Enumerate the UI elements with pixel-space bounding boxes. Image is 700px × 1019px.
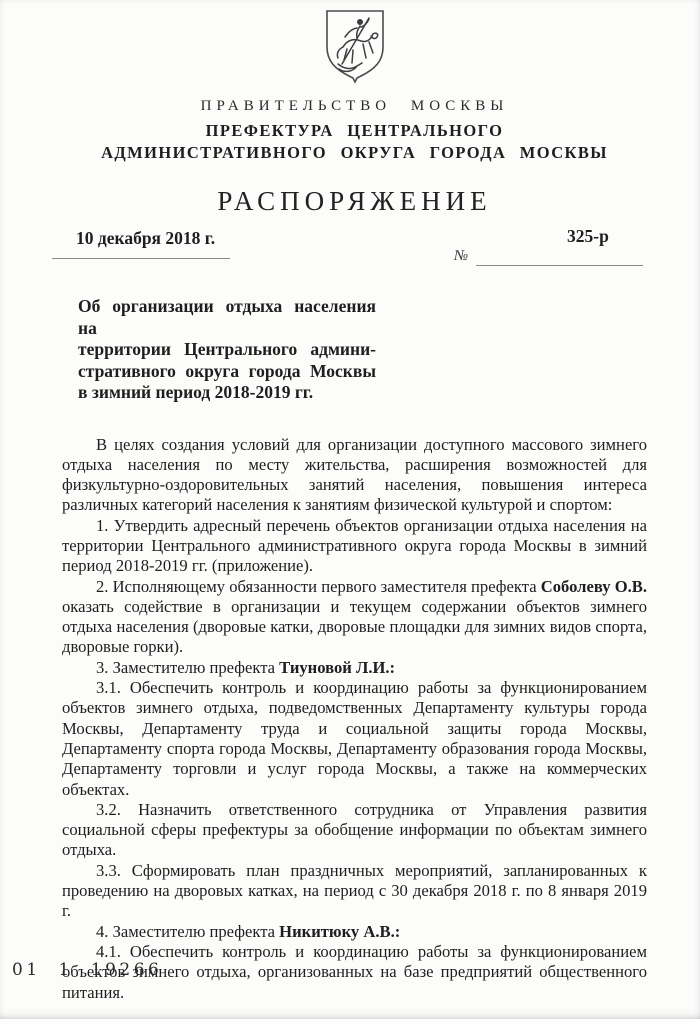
document-date: 10 декабря 2018 г. [76,228,215,249]
subject-line: территории Центрального админи- [78,339,376,361]
paragraph: 3.2. Назначить ответственного сотрудника… [62,800,647,861]
date-underline [52,258,230,259]
prefecture-title-line2: АДМИНИСТРАТИВНОГО ОКРУГА ГОРОДА МОСКВЫ [62,142,647,164]
paragraph: 3.1. Обеспечить контроль и координацию р… [62,678,647,800]
paragraph: 3.3. Сформировать план праздничных мероп… [62,861,647,922]
paragraph: 3. Заместителю префекта Тиуновой Л.И.: [62,658,647,678]
subject-line: стративного округа города Москвы [78,361,376,383]
document-number: 325-р [567,226,609,247]
number-underline [476,265,643,266]
paragraph: 4. Заместителю префекта Никитюку А.В.: [62,922,647,942]
subject-line: Об организации отдыха населения на [78,296,376,339]
paragraph: 2. Исполняющему обязанности первого заме… [62,577,647,658]
subject-line: в зимний период 2018-2019 гг. [78,382,376,404]
date-number-row: 10 декабря 2018 г. 325-р № [62,228,647,278]
paragraph: 1. Утвердить адресный перечень объектов … [62,516,647,577]
moscow-coat-of-arms-icon [323,7,387,85]
government-title: ПРАВИТЕЛЬСТВО МОСКВЫ [62,98,647,115]
scanned-document-page: ПРАВИТЕЛЬСТВО МОСКВЫ ПРЕФЕКТУРА ЦЕНТРАЛЬ… [0,0,700,1019]
subject-block: Об организации отдыха населения натеррит… [78,296,376,404]
document-content: ПРАВИТЕЛЬСТВО МОСКВЫ ПРЕФЕКТУРА ЦЕНТРАЛЬ… [0,7,700,1003]
document-type-title: РАСПОРЯЖЕНИЕ [62,186,647,216]
registration-code: 01 1 19266 [12,960,162,980]
prefecture-title-line1: ПРЕФЕКТУРА ЦЕНТРАЛЬНОГО [62,120,647,142]
document-body: В целях создания условий для организации… [62,435,647,1003]
paragraph: В целях создания условий для организации… [62,435,647,516]
number-sign: № [454,248,468,265]
